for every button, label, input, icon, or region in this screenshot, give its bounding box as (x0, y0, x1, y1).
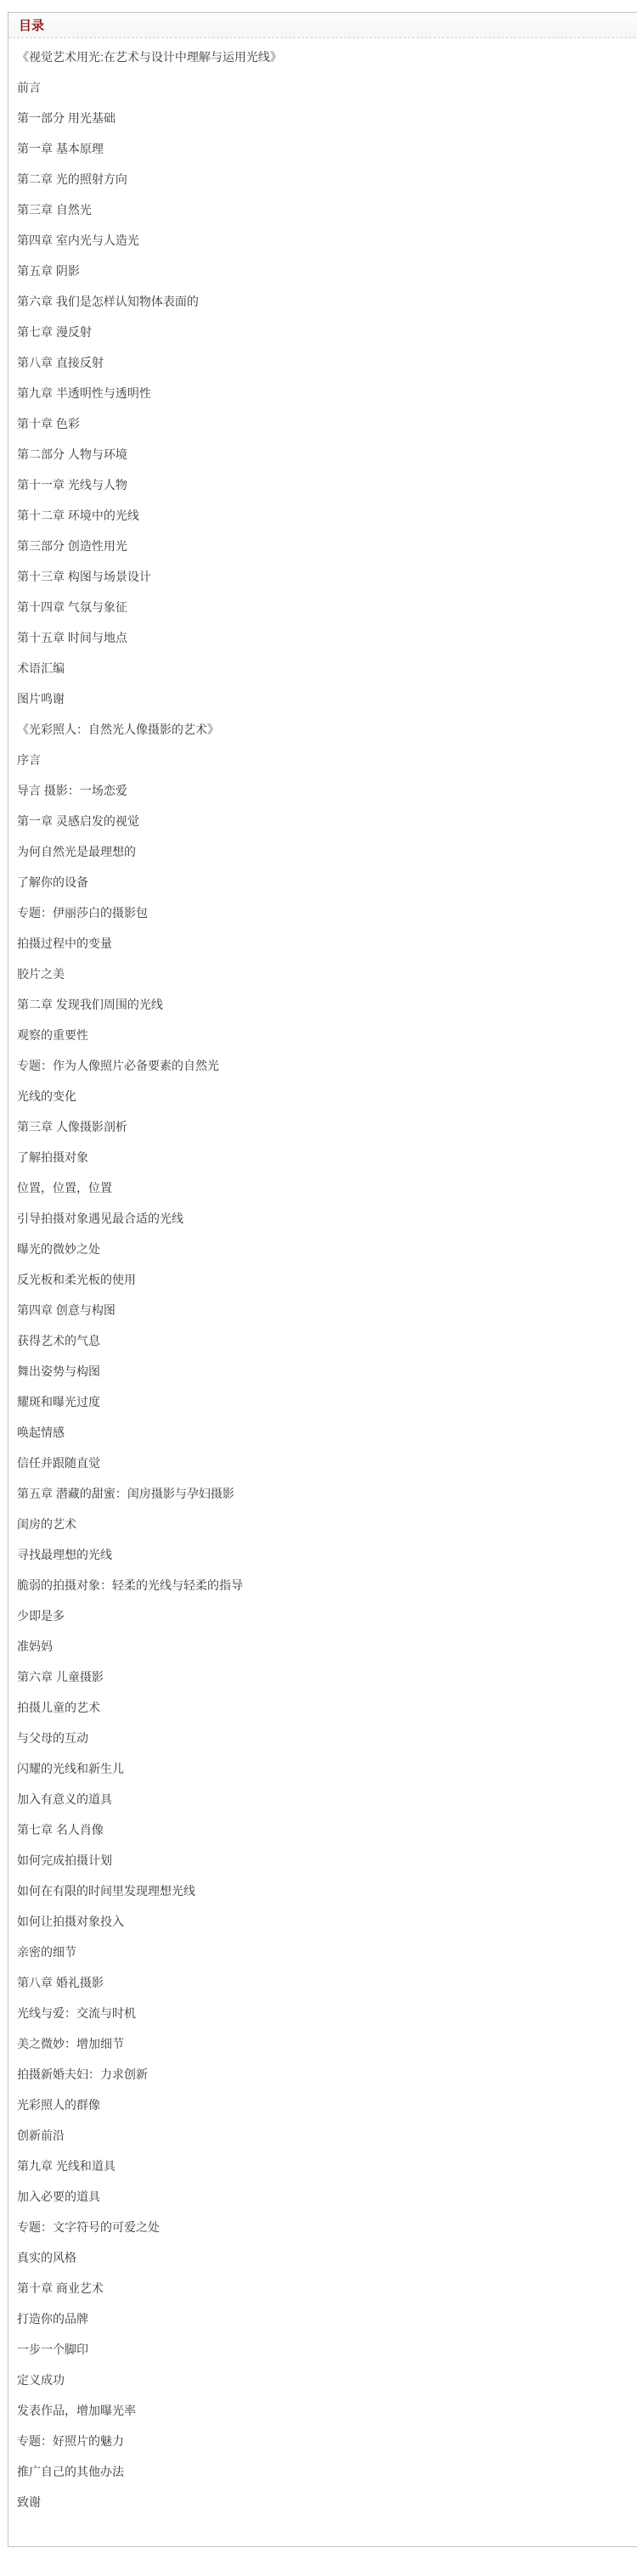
toc-item: 唤起情感 (17, 1417, 637, 1448)
toc-item: 术语汇编 (17, 653, 637, 683)
toc-item: 第十二章 环境中的光线 (17, 500, 637, 531)
toc-item: 第八章 婚礼摄影 (17, 1967, 637, 1998)
toc-item: 第二部分 人物与环境 (17, 439, 637, 470)
toc-item: 第一章 灵感启发的视觉 (17, 806, 637, 836)
toc-item: 寻找最理想的光线 (17, 1539, 637, 1570)
toc-item: 为何自然光是最理想的 (17, 836, 637, 867)
toc-item: 反光板和柔光板的使用 (17, 1264, 637, 1295)
toc-item: 舞出姿势与构图 (17, 1356, 637, 1386)
toc-item: 第十四章 气氛与象征 (17, 592, 637, 622)
toc-item: 第四章 室内光与人造光 (17, 225, 637, 256)
toc-item: 光彩照人的群像 (17, 2089, 637, 2120)
toc-item: 第七章 名人肖像 (17, 1814, 637, 1845)
toc-item: 加入有意义的道具 (17, 1784, 637, 1814)
toc-item: 与父母的互动 (17, 1723, 637, 1753)
toc-item: 准妈妈 (17, 1631, 637, 1662)
toc-item: 曝光的微妙之处 (17, 1234, 637, 1264)
toc-item: 一步一个脚印 (17, 2334, 637, 2365)
toc-item: 拍摄儿童的艺术 (17, 1692, 637, 1723)
toc-item: 推广自己的其他办法 (17, 2456, 637, 2487)
toc-item: 导言 摄影：一场恋爱 (17, 775, 637, 806)
toc-item: 第一部分 用光基础 (17, 103, 637, 133)
toc-item: 第六章 儿童摄影 (17, 1662, 637, 1692)
toc-item: 第五章 阴影 (17, 256, 637, 286)
toc-item: 第三部分 创造性用光 (17, 531, 637, 561)
toc-item: 创新前沿 (17, 2120, 637, 2151)
toc-item: 第十五章 时间与地点 (17, 622, 637, 653)
toc-item: 打造你的品牌 (17, 2303, 637, 2334)
toc-item: 观察的重要性 (17, 1020, 637, 1050)
toc-item: 闪耀的光线和新生儿 (17, 1753, 637, 1784)
toc-item: 前言 (17, 72, 637, 103)
toc-item: 第九章 半透明性与透明性 (17, 378, 637, 408)
toc-item: 第二章 光的照射方向 (17, 164, 637, 194)
toc-item: 第二章 发现我们周围的光线 (17, 989, 637, 1020)
toc-item: 定义成功 (17, 2365, 637, 2395)
toc-item: 发表作品，增加曝光率 (17, 2395, 637, 2426)
toc-item: 拍摄过程中的变量 (17, 928, 637, 959)
toc-item: 光线与爱：交流与时机 (17, 1998, 637, 2028)
toc-item: 加入必要的道具 (17, 2181, 637, 2212)
toc-item: 专题：好照片的魅力 (17, 2426, 637, 2456)
toc-item: 序言 (17, 745, 637, 775)
toc-item: 少即是多 (17, 1600, 637, 1631)
toc-item: 美之微妙：增加细节 (17, 2028, 637, 2059)
toc-item: 第一章 基本原理 (17, 133, 637, 164)
toc-item: 真实的风格 (17, 2242, 637, 2273)
toc-item: 了解你的设备 (17, 867, 637, 897)
toc-item: 致谢 (17, 2487, 637, 2517)
toc-item: 第十章 色彩 (17, 408, 637, 439)
toc-item: 闺房的艺术 (17, 1509, 637, 1539)
toc-item: 了解拍摄对象 (17, 1142, 637, 1173)
toc-item: 耀斑和曝光过度 (17, 1386, 637, 1417)
toc-item: 光线的变化 (17, 1081, 637, 1111)
toc-item: 如何在有限的时间里发现理想光线 (17, 1876, 637, 1906)
toc-item: 专题：文字符号的可爱之处 (17, 2212, 637, 2242)
toc-item: 第三章 自然光 (17, 194, 637, 225)
toc-section-title: 目录 (8, 13, 637, 38)
toc-item: 亲密的细节 (17, 1937, 637, 1967)
toc-item: 拍摄新婚夫妇：力求创新 (17, 2059, 637, 2089)
toc-item: 位置，位置，位置 (17, 1173, 637, 1203)
toc-item: 第三章 人像摄影剖析 (17, 1111, 637, 1142)
toc-item: 专题：伊丽莎白的摄影包 (17, 897, 637, 928)
toc-item: 胶片之美 (17, 959, 637, 989)
toc-item: 《光彩照人：自然光人像摄影的艺术》 (17, 714, 637, 745)
toc-item: 第五章 潜藏的甜蜜：闺房摄影与孕妇摄影 (17, 1478, 637, 1509)
toc-item: 第六章 我们是怎样认知物体表面的 (17, 286, 637, 317)
toc-item: 第十章 商业艺术 (17, 2273, 637, 2303)
toc-item: 脆弱的拍摄对象：轻柔的光线与轻柔的指导 (17, 1570, 637, 1600)
toc-item: 引导拍摄对象遇见最合适的光线 (17, 1203, 637, 1234)
toc-item: 第四章 创意与构图 (17, 1295, 637, 1325)
toc-item: 如何完成拍摄计划 (17, 1845, 637, 1876)
toc-item: 获得艺术的气息 (17, 1325, 637, 1356)
page: 目录 《视觉艺术用光:在艺术与设计中理解与运用光线》前言第一部分 用光基础第一章… (0, 0, 637, 2576)
toc-item: 专题：作为人像照片必备要素的自然光 (17, 1050, 637, 1081)
toc-item: 信任并跟随直觉 (17, 1448, 637, 1478)
toc-item: 第十三章 构图与场景设计 (17, 561, 637, 592)
toc-item: 第十一章 光线与人物 (17, 470, 637, 500)
toc-section: 目录 《视觉艺术用光:在艺术与设计中理解与运用光线》前言第一部分 用光基础第一章… (8, 12, 637, 2547)
toc-item: 第八章 直接反射 (17, 347, 637, 378)
toc-item: 第九章 光线和道具 (17, 2151, 637, 2181)
toc-list: 《视觉艺术用光:在艺术与设计中理解与运用光线》前言第一部分 用光基础第一章 基本… (8, 38, 637, 2551)
toc-item: 《视觉艺术用光:在艺术与设计中理解与运用光线》 (17, 42, 637, 72)
toc-item: 第七章 漫反射 (17, 317, 637, 347)
toc-item: 如何让拍摄对象投入 (17, 1906, 637, 1937)
toc-item: 图片鸣谢 (17, 683, 637, 714)
